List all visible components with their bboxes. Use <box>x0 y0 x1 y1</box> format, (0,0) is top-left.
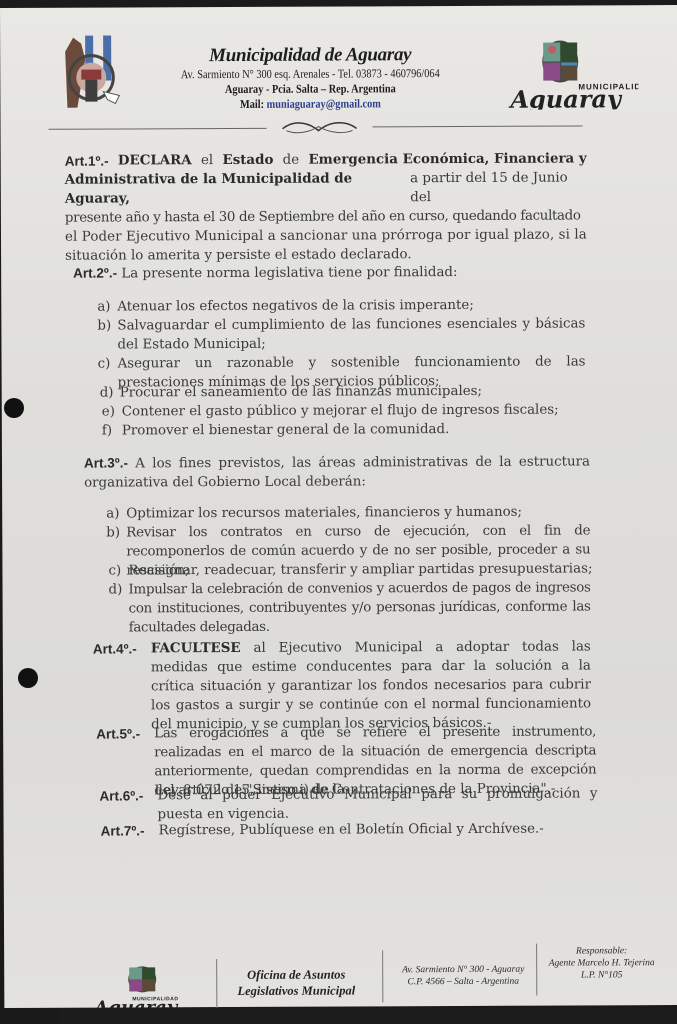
article-6-label: Art.6º.- <box>99 786 143 805</box>
email-link[interactable]: muniaguaray@gmail.com <box>267 96 381 110</box>
article-2-label: Art.2º.- <box>73 265 117 280</box>
location-line: Aguaray - Pcia. Salta – Rep. Argentina <box>173 81 448 97</box>
list-item: a) Optimizar los recursos materiales, fi… <box>106 502 590 504</box>
municipal-crest-icon <box>55 29 125 109</box>
punch-hole <box>18 668 38 688</box>
article-3: Art.3º.- A los fines previstos, las área… <box>84 451 590 492</box>
footer-office: Oficina de Asuntos Legislativos Municipa… <box>226 966 366 999</box>
footer-divider <box>216 959 217 1011</box>
article-2: Art.2º.- La presente norma legislativa t… <box>73 261 593 283</box>
article-4-label: Art.4º.- <box>93 639 137 658</box>
header-rule-left <box>49 128 267 130</box>
logo-aguaray-text: Aguaray <box>508 84 623 109</box>
article-7-label: Art.7º.- <box>101 821 145 840</box>
article-1-label: Art.1º.- <box>65 152 109 171</box>
header-rule-right <box>373 125 583 127</box>
flourish-ornament-icon <box>276 118 362 136</box>
mail-line: Mail: muniaguaray@gmail.com <box>173 96 448 112</box>
document-page: Municipalidad de Aguaray Av. Sarmiento N… <box>0 5 677 1008</box>
list-item: a) Atenuar los efectos negativos de la c… <box>97 295 587 297</box>
article-5-label: Art.5º.- <box>96 724 140 743</box>
address-line: Av. Sarmiento N° 300 esq. Arenales - Tel… <box>173 66 448 82</box>
punch-hole <box>4 398 24 418</box>
footer-divider <box>536 944 537 996</box>
municipality-name: Municipalidad de Aguaray <box>150 44 470 67</box>
aguaray-logo-icon: MUNICIPALIDAD Aguaray <box>508 39 638 110</box>
article-3-label: Art.3º.- <box>84 455 128 470</box>
letterhead: Municipalidad de Aguaray Av. Sarmiento N… <box>150 44 470 112</box>
mail-label: Mail: <box>240 97 264 111</box>
article-4: Art.4º.- FACULTESE al Ejecutivo Municipa… <box>93 637 593 639</box>
background-bottom <box>60 1008 677 1024</box>
footer-address: Av. Sarmiento N° 300 - Aguaray C.P. 4566… <box>390 964 536 989</box>
footer-responsible: Responsable: Agente Marcelo H. Tejerina … <box>539 945 664 982</box>
article-1: Art.1º.- DECLARA el Estado de Emergencia… <box>65 149 587 265</box>
footer-divider <box>382 950 383 1002</box>
